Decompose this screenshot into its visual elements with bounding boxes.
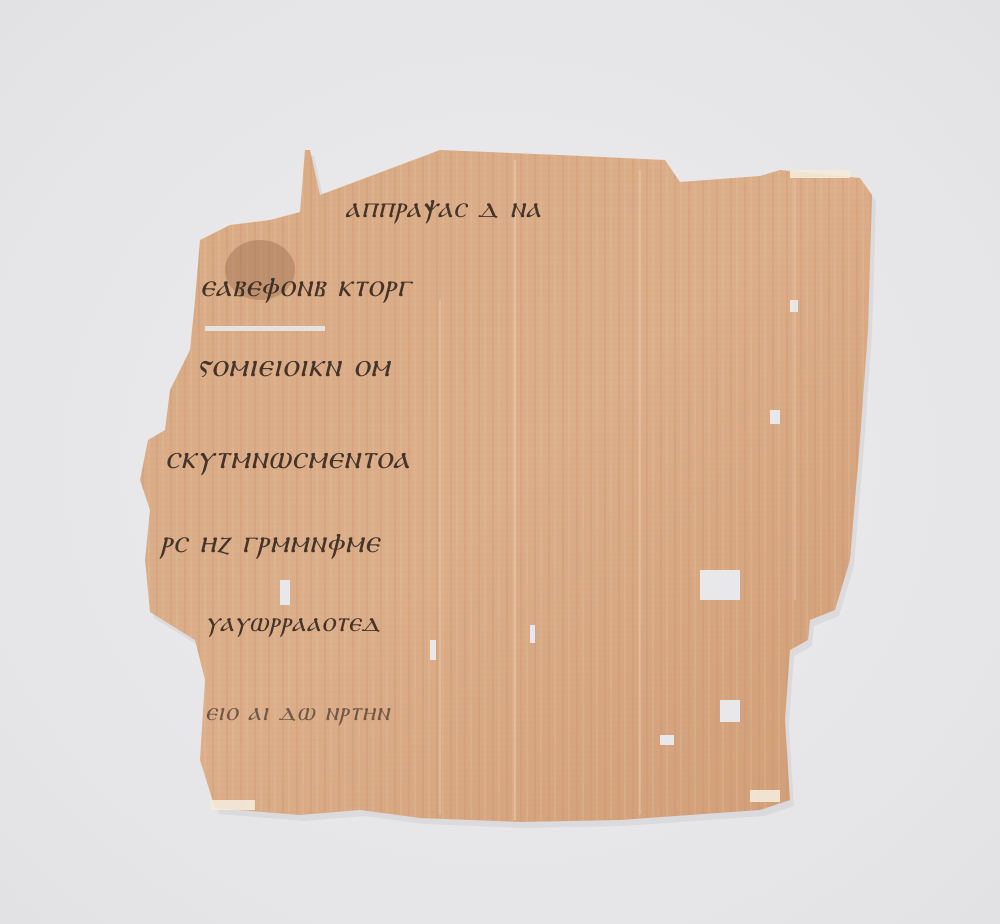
text-line-5: ⲣⲥ ⲏⲍ ⲅⲣⲙⲙⲛⲫⲙⲉ: [160, 522, 380, 561]
text-line-3: ⲋⲟⲙⲓⲉⲓⲟⲓⲕⲛ ⲟⲙ: [197, 345, 390, 385]
text-line-6: ⲩⲁⲩⲱⲣⲣⲁⲁⲟⲧⲉⲇ: [205, 605, 381, 639]
handwritten-text: ⲁⲡⲡⲣⲁⲯⲁⲥ ⲇ ⲛⲁ ⲉⲁⲃⲉⲫⲟⲛⲃ ⲕⲧⲟⲣⲅ ⲋⲟⲙⲓⲉⲓⲟⲓⲕⲛ …: [0, 0, 1000, 924]
text-line-1: ⲁⲡⲡⲣⲁⲯⲁⲥ ⲇ ⲛⲁ: [345, 190, 542, 225]
text-line-2: ⲉⲁⲃⲉⲫⲟⲛⲃ ⲕⲧⲟⲣⲅ: [200, 266, 411, 305]
text-line-7: ⲉⲓⲟ ⲁⲓ ⲇⲱ ⲛⲣⲧⲏⲛ: [205, 697, 390, 728]
text-line-4: ⲥⲕⲩⲧⲙⲛⲱⲥⲙⲉⲛⲧⲟⲁ: [165, 437, 410, 477]
